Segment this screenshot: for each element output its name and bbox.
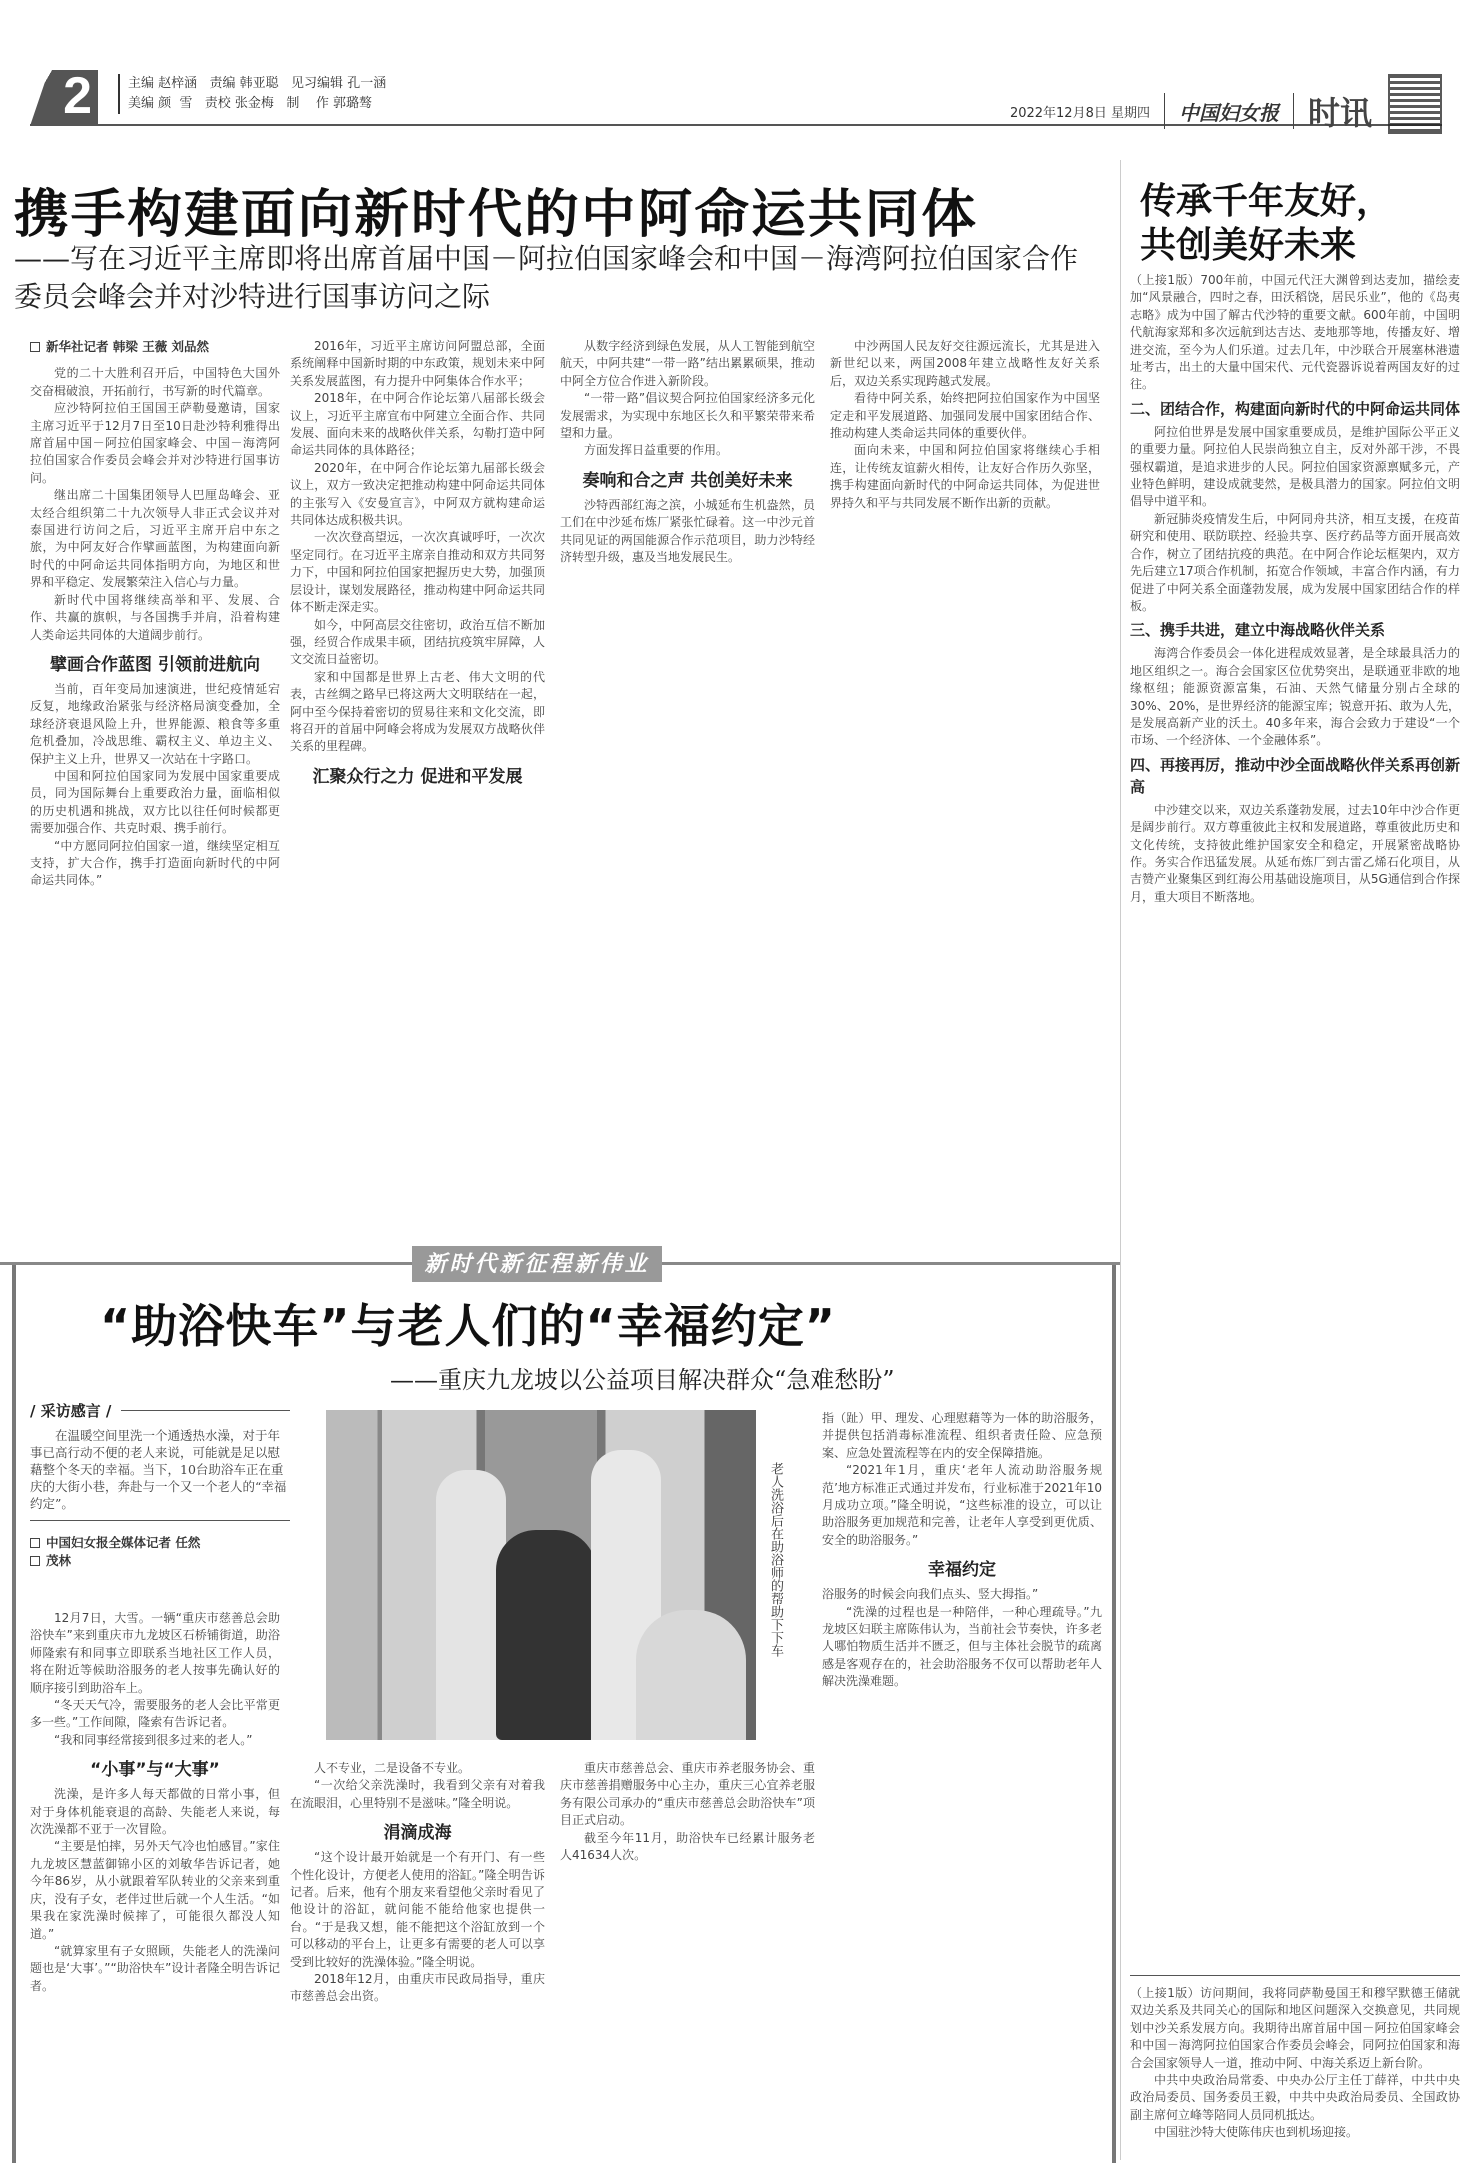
section-heading: 幸福约定 bbox=[822, 1555, 1102, 1580]
issue-date: 2022年12月8日 星期四 bbox=[1010, 102, 1150, 121]
side-continued-article: （上接1版）访问期间，我将同萨勒曼国王和穆罕默德王储就双边关系及共同关心的国际和… bbox=[1130, 1985, 1460, 2163]
side-heading-4: 四、再接再厉，推动中沙全面战略伙伴关系再创新高 bbox=[1130, 754, 1460, 798]
section-heading: 汇聚众行之力 促进和平发展 bbox=[290, 762, 545, 787]
feature-subtitle: ——重庆九龙坡以公益项目解决群众“急难愁盼” bbox=[390, 1360, 895, 1395]
byline-box-icon bbox=[30, 1556, 40, 1566]
frame-left bbox=[12, 1265, 16, 2163]
frame-right bbox=[1112, 1265, 1116, 2163]
section-heading: “小事”与“大事” bbox=[30, 1755, 280, 1780]
page-number-badge: 2 bbox=[30, 70, 98, 126]
page-number: 2 bbox=[63, 66, 92, 126]
section-heading: 涓滴成海 bbox=[290, 1818, 545, 1843]
section-name: 时讯 bbox=[1308, 88, 1372, 134]
photo-caption: 老人洗浴后在助浴师的帮助下下车 bbox=[766, 1462, 784, 1657]
lead-byline: 新华社记者 韩梁 王薇 刘品然 bbox=[46, 339, 209, 354]
feature-column-4: 指（趾）甲、理发、心理慰藉等为一体的助浴服务，并提供包括消毒标准流程、组织者责任… bbox=[822, 1410, 1102, 2160]
byline-box-icon bbox=[30, 1538, 40, 1548]
lead-column-4: 中沙两国人民友好交往源远流长，尤其是进入新世纪以来，两国2008年建立战略性友好… bbox=[830, 338, 1100, 1238]
page-header: 2 主编 赵梓涵 责编 韩亚聪 见习编辑 孔一涵 美编 颜 雪 责校 张金梅 制… bbox=[30, 68, 1442, 126]
side-headline: 传承千年友好， 共创美好未来 bbox=[1140, 180, 1392, 268]
section-heading: 擘画合作蓝图 引领前进航向 bbox=[30, 650, 280, 675]
side-heading-2: 二、团结合作，构建面向新时代的中阿命运共同体 bbox=[1130, 398, 1460, 420]
credits-line-1: 主编 赵梓涵 责编 韩亚聪 见习编辑 孔一涵 bbox=[128, 74, 386, 94]
column-divider bbox=[1120, 160, 1121, 2160]
section-heading: 奏响和合之声 共创美好未来 bbox=[560, 466, 815, 491]
feature-photo bbox=[326, 1410, 756, 1740]
lead-column-3: 从数字经济到绿色发展，从人工智能到航空航天，中阿共建“一带一路”结出累累硕果，推… bbox=[560, 338, 815, 1238]
byline-box-icon bbox=[30, 342, 40, 352]
side-heading-3: 三、携手共进，建立中海战略伙伴关系 bbox=[1130, 619, 1460, 641]
lead-subtitle: ——写在习近平主席即将出席首届中国－阿拉伯国家峰会和中国－海湾阿拉伯国家合作委员… bbox=[14, 240, 1104, 316]
side-article: （上接1版）700年前，中国元代汪大渊曾到达麦加，描绘麦加“风景融合，四时之春，… bbox=[1130, 272, 1460, 1962]
divider bbox=[1293, 93, 1294, 129]
lead-column-2: 2016年，习近平主席访问阿盟总部，全面系统阐释中国新时期的中东政策，规划未来中… bbox=[290, 338, 545, 1238]
feature-column-3: 重庆市慈善总会、重庆市养老服务协会、重庆市慈善捐赠服务中心主办，重庆三心宜养老服… bbox=[560, 1760, 815, 2160]
interview-note-heading: / 采访感言 / bbox=[30, 1400, 111, 1421]
divider bbox=[1130, 1975, 1460, 1976]
lead-column-1: 新华社记者 韩梁 王薇 刘品然 党的二十大胜利召开后，中国特色大国外交奋楫破浪，… bbox=[30, 338, 280, 1238]
feature-headline: “助浴快车”与老人们的“幸福约定” bbox=[100, 1290, 836, 1356]
interview-note-text: 在温暖空间里洗一个通透热水澡，对于年事已高行动不便的老人来说，可能就是足以慰藉整… bbox=[30, 1427, 290, 1521]
divider bbox=[1164, 93, 1165, 129]
newspaper-logo: 中国妇女报 bbox=[1179, 97, 1279, 126]
editor-credits: 主编 赵梓涵 责编 韩亚聪 见习编辑 孔一涵 美编 颜 雪 责校 张金梅 制 作… bbox=[118, 74, 386, 114]
series-banner: 新时代新征程新伟业 bbox=[412, 1246, 662, 1282]
feature-column-1: 12月7日，大雪。一辆“重庆市慈善总会助浴快车”来到重庆市九龙坡区石桥铺街道，助… bbox=[30, 1610, 280, 2160]
feature-column-2: 人不专业，二是设备不专业。 “一次给父亲洗澡时，我看到父亲有对着我在流眼泪，心里… bbox=[290, 1760, 545, 2160]
credits-line-2: 美编 颜 雪 责校 张金梅 制 作 郭璐骜 bbox=[128, 94, 386, 114]
header-right: 2022年12月8日 星期四 中国妇女报 时讯 bbox=[1010, 88, 1372, 134]
qr-code-icon[interactable] bbox=[1388, 74, 1442, 134]
lead-headline: 携手构建面向新时代的中阿命运共同体 bbox=[14, 172, 978, 247]
interview-note: / 采访感言 / 在温暖空间里洗一个通透热水澡，对于年事已高行动不便的老人来说，… bbox=[30, 1400, 290, 1569]
